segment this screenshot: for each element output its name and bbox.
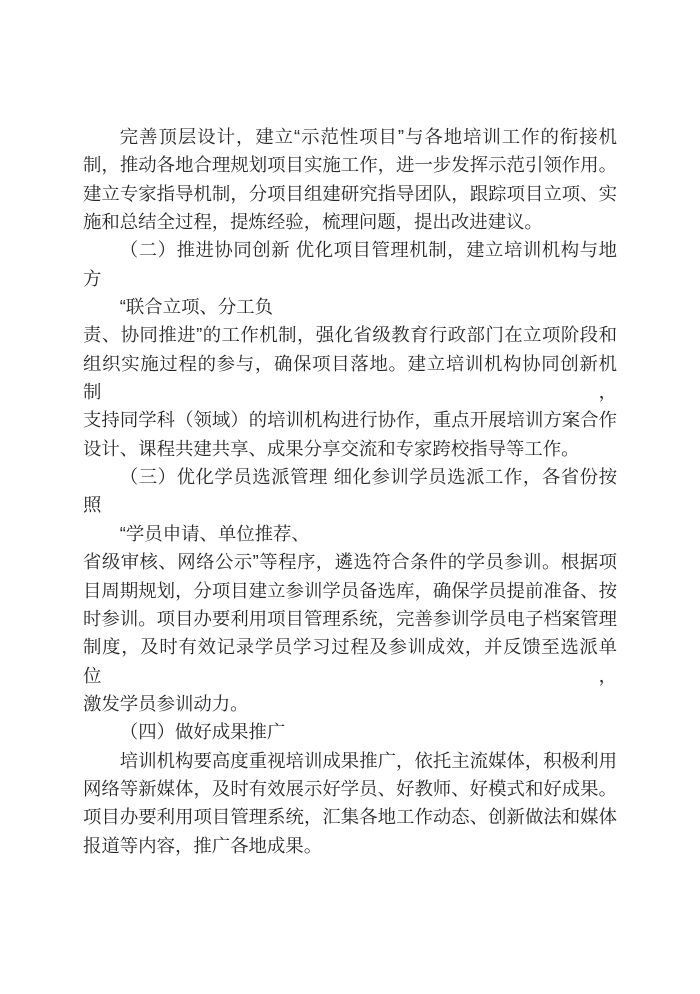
text-line: 责、协同推进”的工作机制，强化省级教育行政部门在立项阶段和 — [83, 321, 617, 349]
text-line: 支持同学科（领域）的培训机构进行协作，重点开展培训方案合作 — [83, 406, 617, 434]
text-line: （四）做好成果推广 — [83, 718, 617, 746]
text-line: “联合立项、分工负 — [83, 293, 617, 321]
text-line: 培训机构要高度重视培训成果推广，依托主流媒体，积极利用 — [83, 747, 617, 775]
text-line: “学员申请、单位推荐、 — [83, 520, 617, 548]
text-line: 制，推动各地合理规划项目实施工作，进一步发挥示范引领作用。 — [83, 151, 617, 179]
text-line: 时参训。项目办要利用项目管理系统，完善参训学员电子档案管理 — [83, 605, 617, 633]
text-line: 组织实施过程的参与，确保项目落地。建立培训机构协同创新机制， — [83, 350, 617, 407]
text-line: 报道等内容，推广各地成果。 — [83, 832, 617, 860]
text-line: 施和总结全过程，提炼经验，梳理问题，提出改进建议。 — [83, 208, 617, 236]
text-line: 项目办要利用项目管理系统，汇集各地工作动态、创新做法和媒体 — [83, 803, 617, 831]
text-line: 省级审核、网络公示”等程序，遴选符合条件的学员参训。根据项 — [83, 548, 617, 576]
text-line: （三）优化学员选派管理 细化参训学员选派工作，各省份按照 — [83, 463, 617, 520]
document-body: 完善顶层设计，建立“示范性项目”与各地培训工作的衔接机制，推动各地合理规划项目实… — [83, 123, 617, 860]
document-page: 完善顶层设计，建立“示范性项目”与各地培训工作的衔接机制，推动各地合理规划项目实… — [0, 0, 700, 994]
text-line: 网络等新媒体，及时有效展示好学员、好教师、好模式和好成果。 — [83, 775, 617, 803]
text-line: 设计、课程共建共享、成果分享交流和专家跨校指导等工作。 — [83, 435, 617, 463]
text-line: （二）推进协同创新 优化项目管理机制，建立培训机构与地方 — [83, 236, 617, 293]
text-line: 目周期规划，分项目建立参训学员备选库，确保学员提前准备、按 — [83, 577, 617, 605]
text-line: 制度，及时有效记录学员学习过程及参训成效，并反馈至选派单位， — [83, 633, 617, 690]
text-line: 建立专家指导机制，分项目组建研究指导团队，跟踪项目立项、实 — [83, 180, 617, 208]
text-line: 激发学员参训动力。 — [83, 690, 617, 718]
text-line: 完善顶层设计，建立“示范性项目”与各地培训工作的衔接机 — [83, 123, 617, 151]
